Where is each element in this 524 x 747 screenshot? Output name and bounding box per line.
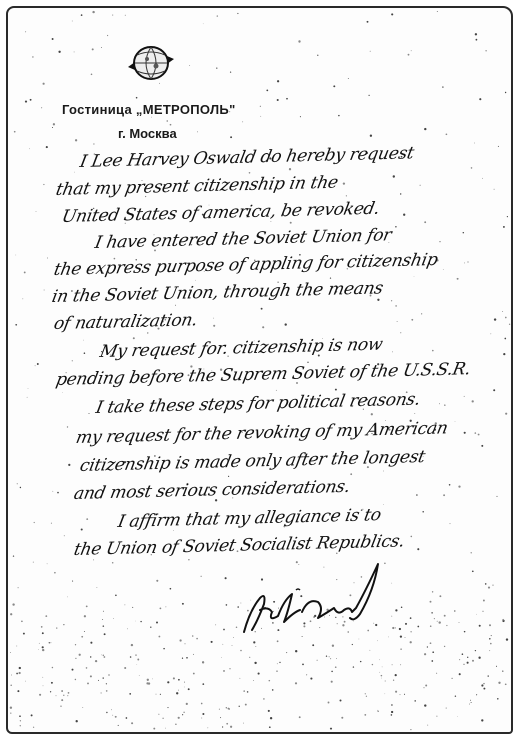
hotel-city: г. Москва: [118, 126, 177, 141]
globe-emblem-icon: [125, 45, 177, 81]
hotel-name: Гостиница „МЕТРОПОЛЬ": [62, 102, 236, 117]
letter-line: of naturalization.: [52, 310, 199, 334]
signature: L.H. Oswald: [238, 560, 388, 640]
